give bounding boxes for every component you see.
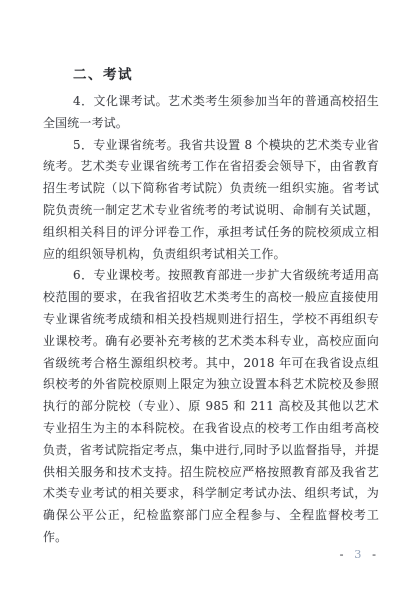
paragraph-item-5: 5．专业课省统考。我省共设置 8 个模块的艺术类专业省统考。艺术类专业课省统考工… [43, 135, 379, 266]
paragraph-item-4: 4．文化课考试。艺术类考生须参加当年的普通高校招生全国统一考试。 [43, 91, 379, 135]
paragraph-item-6: 6．专业课校考。按照教育部进一步扩大省级统考适用高校范围的要求，在我省招收艺术类… [43, 265, 379, 548]
document-content: 二、考试 4．文化课考试。艺术类考生须参加当年的普通高校招生全国统一考试。 5．… [43, 64, 379, 549]
page-number-value: 3 [349, 547, 367, 561]
page-number-suffix: - [367, 547, 377, 561]
page-number: - 3 - [340, 546, 377, 562]
section-heading: 二、考试 [43, 64, 379, 86]
page-number-prefix: - [340, 547, 350, 561]
document-page: 二、考试 4．文化课考试。艺术类考生须参加当年的普通高校招生全国统一考试。 5．… [0, 0, 420, 598]
